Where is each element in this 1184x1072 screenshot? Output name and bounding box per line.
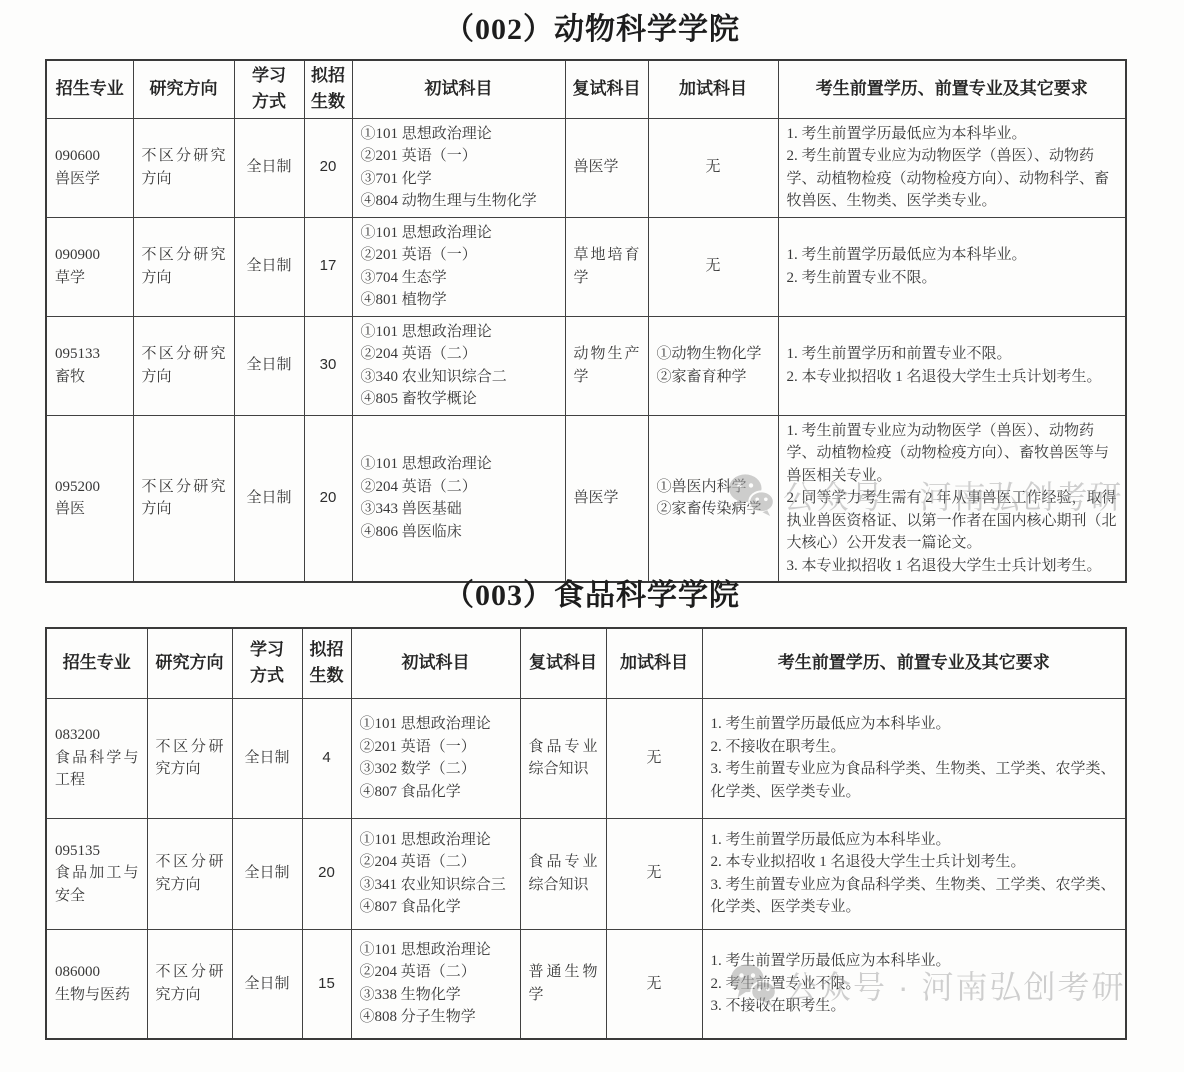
column-header-retest-subjects: 复试科目: [565, 60, 648, 118]
cell-major: 090900 草学: [46, 217, 133, 316]
column-header-direction: 研究方向: [147, 628, 232, 698]
cell-requirements: 1. 考生前置学历最低应为本科毕业。 2. 不接收在职考生。 3. 考生前置专业…: [702, 698, 1126, 818]
cell-major: 083200 食品科学与工程: [46, 698, 147, 818]
cell-additional-subjects: ①兽医内科学 ②家畜传染病学: [648, 415, 778, 582]
table-row: 090600 兽医学 不区分研究方向 全日制 20 ①101 思想政治理论 ②2…: [46, 118, 1126, 217]
table-row: 095133 畜牧 不区分研究方向 全日制 30 ①101 思想政治理论 ②20…: [46, 316, 1126, 415]
cell-requirements: 1. 考生前置学历最低应为本科毕业。 2. 考生前置专业不限。 3. 不接收在职…: [702, 929, 1126, 1039]
cell-major: 095135 食品加工与安全: [46, 818, 147, 929]
cell-initial-subjects: ①101 思想政治理论 ②201 英语（一） ③302 数学（二） ④807 食…: [351, 698, 520, 818]
cell-direction: 不区分研究方向: [147, 929, 232, 1039]
cell-requirements: 1. 考生前置学历最低应为本科毕业。 2. 考生前置专业应为动物医学（兽医）、动…: [778, 118, 1126, 217]
cell-major: 095200 兽医: [46, 415, 133, 582]
header-row: 招生专业 研究方向 学习 方式 拟招 生数 初试科目 复试科目 加试科目 考生前…: [46, 60, 1126, 118]
section-title-003: （003）食品科学学院: [0, 570, 1184, 614]
column-header-direction: 研究方向: [133, 60, 234, 118]
column-header-study-mode: 学习 方式: [232, 628, 302, 698]
column-header-initial-subjects: 初试科目: [352, 60, 565, 118]
column-header-major: 招生专业: [46, 60, 133, 118]
cell-quota: 20: [302, 818, 351, 929]
cell-retest-subjects: 普通生物学: [520, 929, 606, 1039]
cell-additional-subjects: 无: [648, 217, 778, 316]
cell-initial-subjects: ①101 思想政治理论 ②201 英语（一） ③704 生态学 ④801 植物学: [352, 217, 565, 316]
cell-major: 090600 兽医学: [46, 118, 133, 217]
cell-major: 086000 生物与医药: [46, 929, 147, 1039]
cell-quota: 15: [302, 929, 351, 1039]
cell-study-mode: 全日制: [234, 217, 304, 316]
cell-direction: 不区分研究方向: [133, 316, 234, 415]
cell-initial-subjects: ①101 思想政治理论 ②204 英语（二） ③340 农业知识综合二 ④805…: [352, 316, 565, 415]
cell-retest-subjects: 食品专业综合知识: [520, 818, 606, 929]
cell-direction: 不区分研究方向: [147, 698, 232, 818]
cell-quota: 4: [302, 698, 351, 818]
cell-direction: 不区分研究方向: [133, 118, 234, 217]
cell-study-mode: 全日制: [232, 698, 302, 818]
admissions-table-002: 招生专业 研究方向 学习 方式 拟招 生数 初试科目 复试科目 加试科目 考生前…: [45, 59, 1127, 583]
cell-quota: 30: [304, 316, 352, 415]
cell-study-mode: 全日制: [232, 818, 302, 929]
table-row: 095135 食品加工与安全 不区分研究方向 全日制 20 ①101 思想政治理…: [46, 818, 1126, 929]
cell-requirements: 1. 考生前置学历和前置专业不限。 2. 本专业拟招收 1 名退役大学生士兵计划…: [778, 316, 1126, 415]
column-header-study-mode: 学习 方式: [234, 60, 304, 118]
cell-retest-subjects: 兽医学: [565, 415, 648, 582]
cell-additional-subjects: 无: [606, 929, 702, 1039]
cell-retest-subjects: 动物生产学: [565, 316, 648, 415]
cell-direction: 不区分研究方向: [147, 818, 232, 929]
cell-additional-subjects: 无: [606, 818, 702, 929]
column-header-quota: 拟招 生数: [304, 60, 352, 118]
cell-retest-subjects: 食品专业综合知识: [520, 698, 606, 818]
column-header-requirements: 考生前置学历、前置专业及其它要求: [702, 628, 1126, 698]
cell-additional-subjects: ①动物生物化学 ②家畜育种学: [648, 316, 778, 415]
column-header-major: 招生专业: [46, 628, 147, 698]
cell-additional-subjects: 无: [606, 698, 702, 818]
column-header-additional-subjects: 加试科目: [648, 60, 778, 118]
cell-quota: 20: [304, 118, 352, 217]
column-header-retest-subjects: 复试科目: [520, 628, 606, 698]
cell-study-mode: 全日制: [234, 316, 304, 415]
cell-initial-subjects: ①101 思想政治理论 ②201 英语（一） ③701 化学 ④804 动物生理…: [352, 118, 565, 217]
table-row: 090900 草学 不区分研究方向 全日制 17 ①101 思想政治理论 ②20…: [46, 217, 1126, 316]
cell-study-mode: 全日制: [234, 118, 304, 217]
cell-quota: 17: [304, 217, 352, 316]
table-row: 086000 生物与医药 不区分研究方向 全日制 15 ①101 思想政治理论 …: [46, 929, 1126, 1039]
cell-major: 095133 畜牧: [46, 316, 133, 415]
column-header-additional-subjects: 加试科目: [606, 628, 702, 698]
cell-initial-subjects: ①101 思想政治理论 ②204 英语（二） ③341 农业知识综合三 ④807…: [351, 818, 520, 929]
column-header-initial-subjects: 初试科目: [351, 628, 520, 698]
cell-retest-subjects: 兽医学: [565, 118, 648, 217]
section-title-002: （002）动物科学学院: [0, 4, 1184, 48]
admissions-table-003: 招生专业 研究方向 学习 方式 拟招 生数 初试科目 复试科目 加试科目 考生前…: [45, 627, 1127, 1040]
cell-quota: 20: [304, 415, 352, 582]
cell-study-mode: 全日制: [234, 415, 304, 582]
column-header-requirements: 考生前置学历、前置专业及其它要求: [778, 60, 1126, 118]
table-row: 083200 食品科学与工程 不区分研究方向 全日制 4 ①101 思想政治理论…: [46, 698, 1126, 818]
cell-direction: 不区分研究方向: [133, 217, 234, 316]
header-row: 招生专业 研究方向 学习 方式 拟招 生数 初试科目 复试科目 加试科目 考生前…: [46, 628, 1126, 698]
column-header-quota: 拟招 生数: [302, 628, 351, 698]
cell-requirements: 1. 考生前置学历最低应为本科毕业。 2. 考生前置专业不限。: [778, 217, 1126, 316]
cell-additional-subjects: 无: [648, 118, 778, 217]
cell-direction: 不区分研究方向: [133, 415, 234, 582]
cell-study-mode: 全日制: [232, 929, 302, 1039]
cell-requirements: 1. 考生前置专业应为动物医学（兽医）、动物药学、动植物检疫（动物检疫方向）、畜…: [778, 415, 1126, 582]
cell-requirements: 1. 考生前置学历最低应为本科毕业。 2. 本专业拟招收 1 名退役大学生士兵计…: [702, 818, 1126, 929]
page: （002）动物科学学院 招生专业 研究方向 学习 方式 拟招 生数 初试科目 复…: [0, 0, 1184, 1072]
cell-retest-subjects: 草地培育学: [565, 217, 648, 316]
cell-initial-subjects: ①101 思想政治理论 ②204 英语（二） ③343 兽医基础 ④806 兽医…: [352, 415, 565, 582]
table-row: 095200 兽医 不区分研究方向 全日制 20 ①101 思想政治理论 ②20…: [46, 415, 1126, 582]
cell-initial-subjects: ①101 思想政治理论 ②204 英语（二） ③338 生物化学 ④808 分子…: [351, 929, 520, 1039]
